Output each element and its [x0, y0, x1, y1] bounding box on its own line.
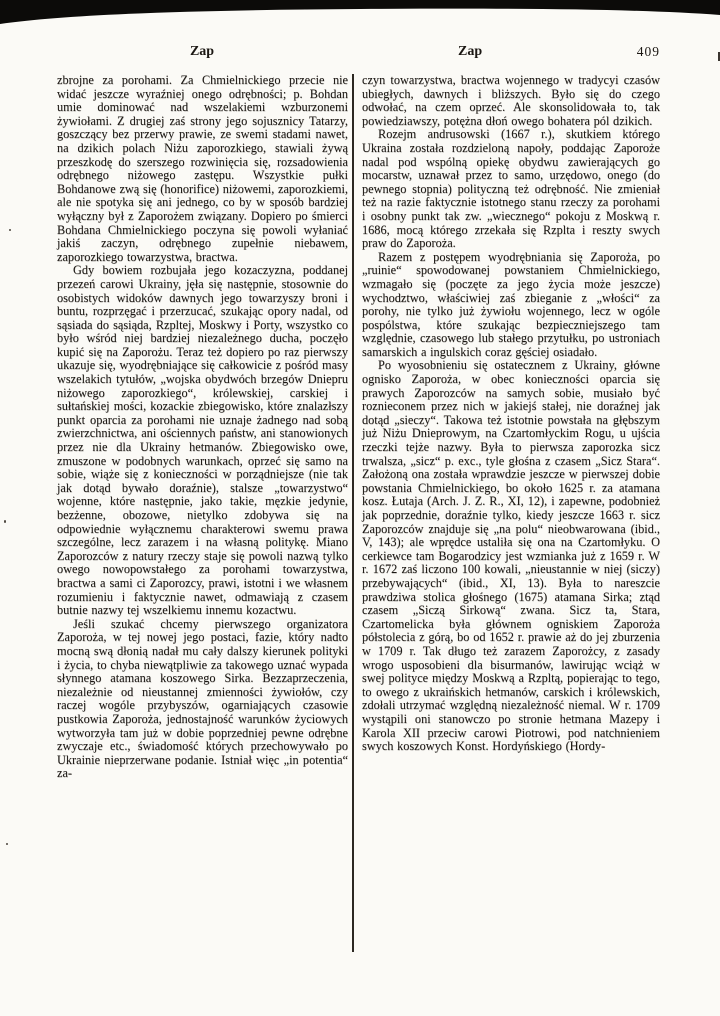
scan-speck	[4, 520, 6, 523]
scan-speck	[6, 843, 8, 845]
page-number: 409	[604, 44, 660, 60]
paragraph: zbrojne za porohami. Za Chmielnickiego p…	[57, 74, 348, 264]
paragraph: czyn towarzystwa, bractwa wojennego w tr…	[362, 74, 660, 128]
scan-speck	[9, 229, 11, 231]
scan-edge-artifact	[0, 0, 720, 30]
right-text-column: czyn towarzystwa, bractwa wojennego w tr…	[362, 74, 660, 754]
paragraph: Gdy bowiem rozbujała jego kozaczyzna, po…	[57, 264, 348, 617]
column-divider	[352, 74, 354, 952]
paragraph: Rozejm andrusowski (1667 r.), skutkiem k…	[362, 128, 660, 250]
left-text-column: zbrojne za porohami. Za Chmielnickiego p…	[57, 74, 348, 781]
running-title-right: Zap	[458, 44, 482, 60]
paragraph: Jeśli szukać chcemy pierwszego organizat…	[57, 618, 348, 781]
running-title-left: Zap	[57, 44, 347, 60]
paragraph: Razem z postępem wyodrębniania się Zapor…	[362, 251, 660, 360]
running-header: Zap Zap 409	[0, 44, 720, 62]
paragraph: Po wyosobnieniu się ostatecznem z Ukrain…	[362, 359, 660, 753]
